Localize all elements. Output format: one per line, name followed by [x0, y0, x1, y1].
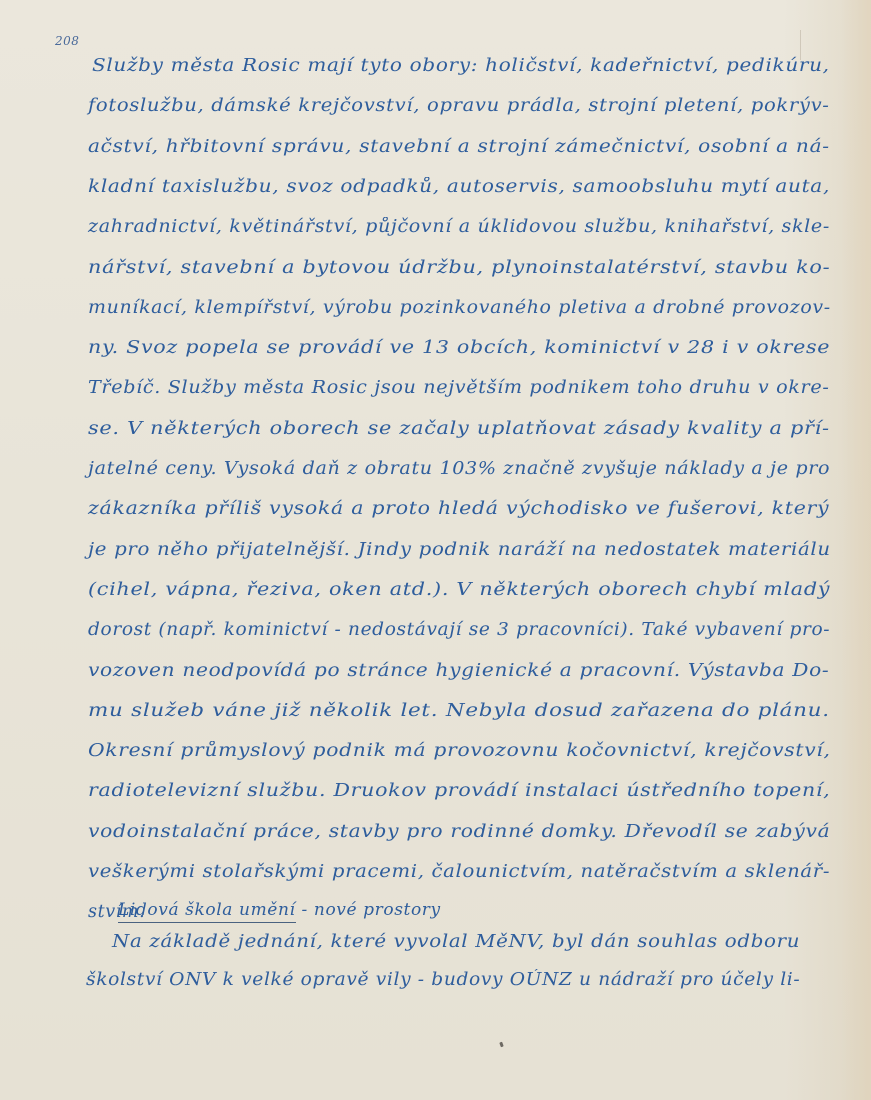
handwritten-line: Služby města Rosic mají tyto obory: holi…	[92, 56, 830, 76]
section-line: Na základě jednání, které vyvolal MěNV, …	[112, 932, 800, 952]
page-number: 208	[55, 34, 79, 48]
handwritten-line: nářství, stavební a bytovou údržbu, plyn…	[88, 258, 830, 278]
handwritten-line: ačství, hřbitovní správu, stavební a str…	[88, 137, 830, 157]
handwritten-line: Třebíč. Služby města Rosic jsou největší…	[88, 378, 829, 398]
handwritten-line: vodoinstalační práce, stavby pro rodinné…	[88, 822, 830, 842]
manuscript-page: 208 Služby města Rosic mají tyto obory: …	[0, 0, 871, 1100]
handwritten-line: dorost (např. kominictví - nedostávají s…	[88, 620, 830, 640]
section-heading-rest: - nové prostory	[296, 900, 441, 920]
page-edge-shadow	[841, 0, 871, 1100]
handwritten-line: kladní taxislužbu, svoz odpadků, autoser…	[88, 177, 830, 197]
handwritten-line: radiotelevizní službu. Druokov provádí i…	[88, 781, 830, 801]
handwritten-line: vozoven neodpovídá po stránce hygienické…	[88, 661, 829, 681]
section-line: školství ONV k velké opravě vily - budov…	[86, 970, 800, 990]
handwritten-line: zákazníka příliš vysoká a proto hledá vý…	[88, 499, 829, 519]
handwritten-line: (cihel, vápna, řeziva, oken atd.). V něk…	[88, 580, 830, 600]
handwritten-line: zahradnictví, květinářství, půjčovní a ú…	[88, 217, 830, 237]
section-heading: Lidová škola umění - nové prostory	[118, 900, 441, 920]
handwritten-line: se. V některých oborech se začaly uplatň…	[88, 419, 830, 439]
handwritten-line: ny. Svoz popela se provádí ve 13 obcích,…	[88, 338, 830, 358]
handwritten-line: je pro něho přijatelnější. Jindy podnik …	[88, 540, 831, 560]
handwritten-line: jatelné ceny. Vysoká daň z obratu 103% z…	[88, 459, 830, 479]
handwritten-line: Okresní průmyslový podnik má provozovnu …	[88, 741, 831, 761]
handwritten-line: mu služeb váne již několik let. Nebyla d…	[88, 701, 830, 721]
handwritten-line: veškerými stolařskými pracemi, čalounict…	[88, 862, 830, 882]
handwritten-line: fotoslužbu, dámské krejčovství, opravu p…	[88, 96, 830, 116]
handwritten-line: muníkací, klempířství, výrobu pozinkovan…	[88, 298, 831, 318]
ink-speck	[499, 1042, 504, 1048]
section-heading-underlined: Lidová škola umění	[118, 900, 296, 923]
